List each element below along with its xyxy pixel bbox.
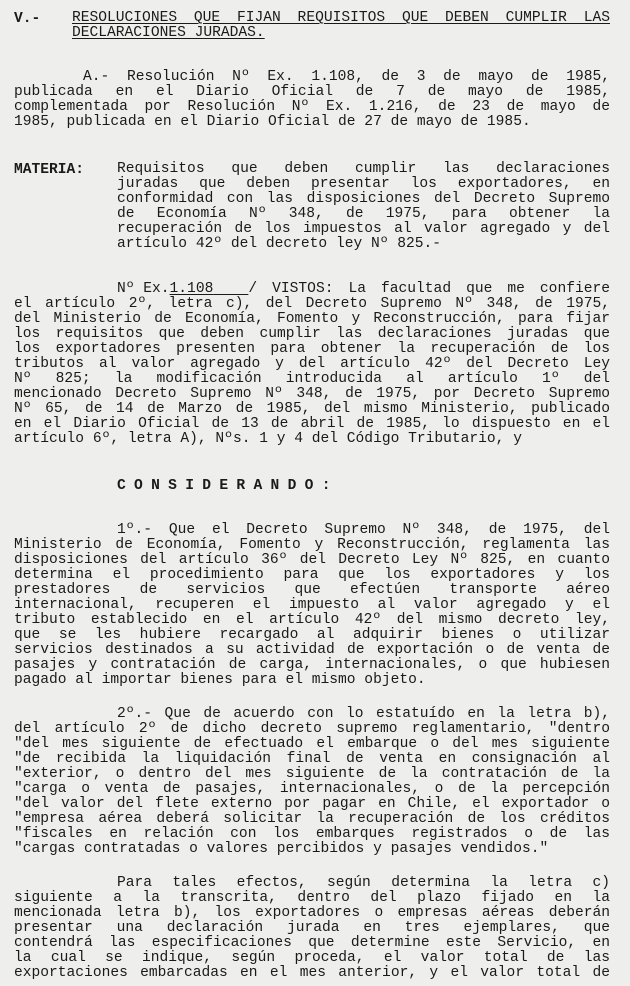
paragraph-3-line: mencionada letra b), los exportadores o … <box>14 906 610 921</box>
paragraph-1-line: internacional, recuperen el impuesto al … <box>14 598 610 613</box>
paragraph-1-line: prestadores de servicios que efectúen tr… <box>14 583 610 598</box>
paragraph-1-line: pasajes y contratación de carga, interna… <box>14 658 610 673</box>
paragraph-1-line: disposiciones del artículo 36º del Decre… <box>14 553 610 568</box>
paragraph-2-line: del artículo 2º de dicho decreto supremo… <box>14 722 610 737</box>
section-number: V.- <box>14 11 40 27</box>
vistos-line: los exportadores presenten para obtener … <box>14 342 610 357</box>
materia-line: juradas que deben presentar los exportad… <box>117 177 610 192</box>
paragraph-3-first-line: Para tales efectos, según determina la l… <box>117 876 610 891</box>
vistos-line: mencionado Decreto Supremo Nº 348, de 19… <box>14 387 610 402</box>
paragraph-1-line: que se les hubiere recargado al adquirir… <box>14 628 610 643</box>
section-title-line-1: RESOLUCIONES QUE FIJAN REQUISITOS QUE DE… <box>72 11 610 26</box>
paragraph-2-first-line: 2º.- Que de acuerdo con lo estatuído en … <box>117 707 610 722</box>
vistos-blank <box>213 282 248 297</box>
paragraph-2-line: "carga o venta de pasajes, internacional… <box>14 782 610 797</box>
vistos-rest: / VISTOS: La facultad que me confiere <box>248 282 610 297</box>
vistos-line: en el Diario Oficial de 13 de abril de 1… <box>14 417 610 432</box>
materia-line: recuperación de los impuestos al valor a… <box>117 222 610 237</box>
materia-label: MATERIA: <box>14 162 84 178</box>
considerando-heading: CONSIDERANDO: <box>117 478 339 494</box>
vistos-first-line: Nº Ex.1.108 / VISTOS: La facultad que me… <box>117 282 610 297</box>
paragraph-2-line: "cargas contratadas o valores percibidos… <box>14 842 610 857</box>
vistos-line: del Ministerio de Economía, Fomento y Re… <box>14 312 610 327</box>
paragraph-1-line: pagado al importar bienes para el mismo … <box>14 673 610 688</box>
paragraph-2-line: "fiscales en relación con los embarques … <box>14 827 610 842</box>
vistos-line: Nº 65, de 14 de Marzo de 1985, del mismo… <box>14 402 610 417</box>
resolution-a-line-4: 1985, publicada en el Diario Oficial de … <box>14 115 610 130</box>
document-page: V.- RESOLUCIONES QUE FIJAN REQUISITOS QU… <box>0 0 630 986</box>
materia-line: conformidad con las disposiciones del De… <box>117 192 610 207</box>
resolution-a-text-1: A.- Resolución Nº Ex. 1.108, de 3 de may… <box>83 70 610 85</box>
resolution-a-line-3: complementada por Resolución Nº Ex. 1.21… <box>14 100 610 115</box>
vistos-line: artículo 6º, letra A), Nºs. 1 y 4 del Có… <box>14 432 610 447</box>
paragraph-3-line: exportaciones embarcadas en el mes anter… <box>14 966 610 981</box>
vistos-line: los requisitos que deben cumplir las dec… <box>14 327 610 342</box>
paragraph-1-line: tributo establecido en el artículo 42º d… <box>14 613 610 628</box>
paragraph-3-line: contendrá las especificaciones que deter… <box>14 936 610 951</box>
section-title-line-2: DECLARACIONES JURADAS. <box>72 26 610 41</box>
paragraph-2-line: "de recibida la liquidación final de ven… <box>14 752 610 767</box>
resolution-a-line-2: publicada en el Diario Oficial de 7 de m… <box>14 85 610 100</box>
materia-line: de Economía Nº 348, de 1975, para obtene… <box>117 207 610 222</box>
vistos-resolution-number: 1.108 <box>170 282 214 297</box>
materia-line: artículo 42º del decreto ley Nº 825.- <box>117 237 610 252</box>
paragraph-1-line: Ministerio de Economía, Fomento y Recons… <box>14 538 610 553</box>
resolution-a-line-1: A.- Resolución Nº Ex. 1.108, de 3 de may… <box>83 70 610 85</box>
vistos-line: el artículo 2º, letra c), del Decreto Su… <box>14 297 610 312</box>
paragraph-3-line: siguiente a la transcrita, dentro del pl… <box>14 891 610 906</box>
paragraph-1-first-line: 1º.- Que el Decreto Supremo Nº 348, de 1… <box>117 523 610 538</box>
paragraph-2-line: "del valor del flete externo por pagar e… <box>14 797 610 812</box>
paragraph-1-line: servicios destinados a su actividad de e… <box>14 643 610 658</box>
paragraph-2-line: "empresa aérea deberá solicitar la recup… <box>14 812 610 827</box>
paragraph-3-line: presentar una declaración jurada en tres… <box>14 921 610 936</box>
vistos-line: Nº 825; la modificación introducida al a… <box>14 372 610 387</box>
paragraph-1-line: determina el procedimiento para que los … <box>14 568 610 583</box>
materia-line: Requisitos que deben cumplir las declara… <box>117 162 610 177</box>
vistos-line: tributos al valor agregado y del artícul… <box>14 357 610 372</box>
vistos-prefix: Nº Ex. <box>117 282 170 297</box>
paragraph-2-line: "del mes siguiente de efectuado el embar… <box>14 737 610 752</box>
paragraph-2-line: "exterior, o dentro del mes siguiente de… <box>14 767 610 782</box>
paragraph-3-line: la cual se indique, según proceda, el va… <box>14 951 610 966</box>
